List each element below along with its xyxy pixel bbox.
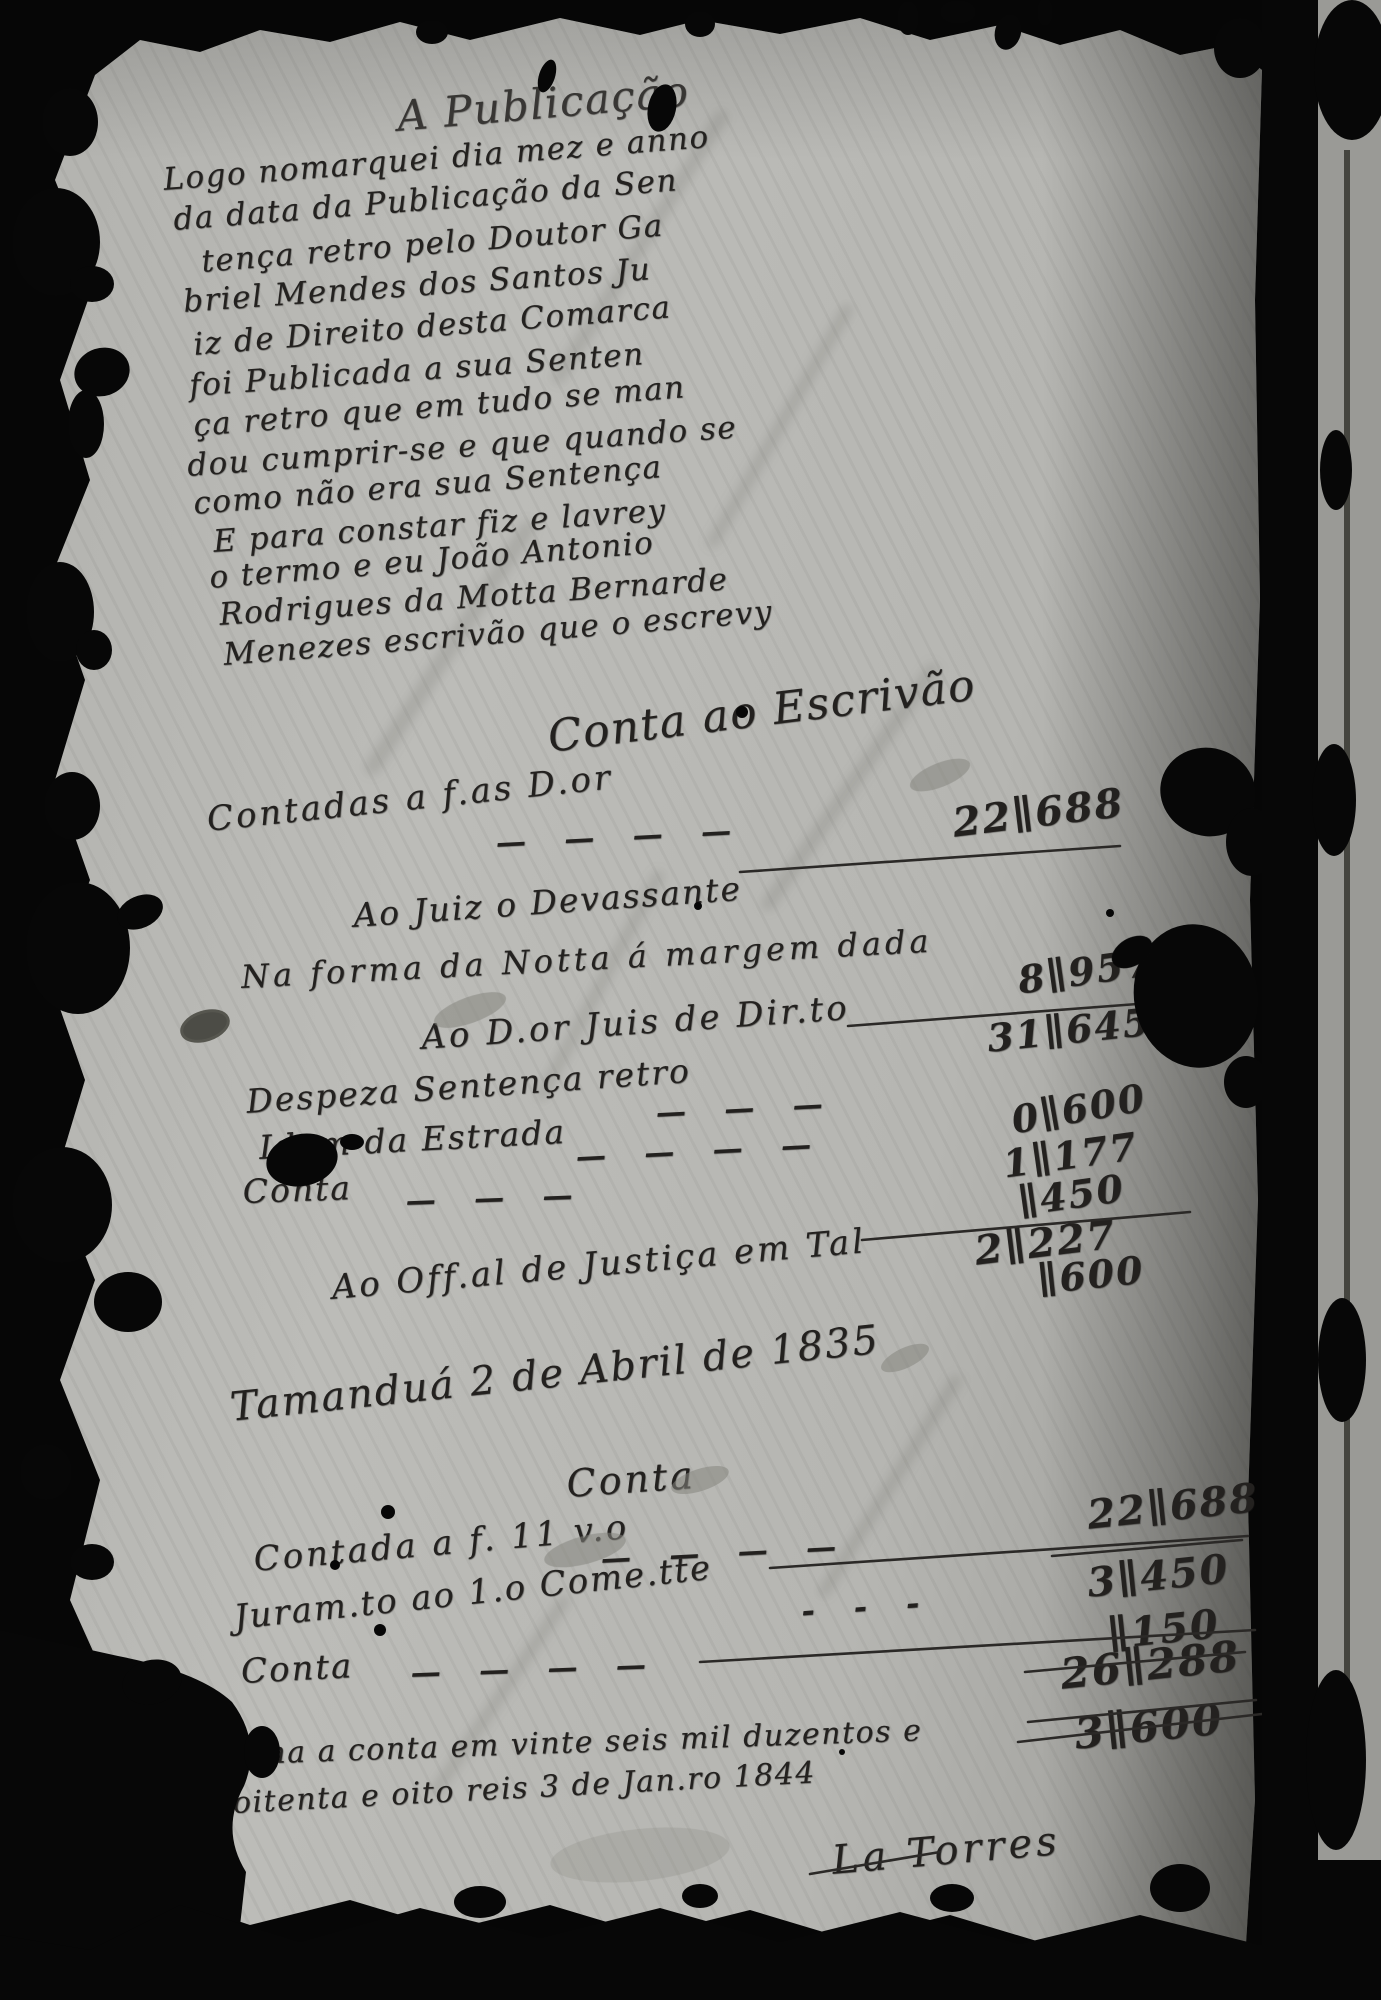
- manuscript-scan: A Publicação Logo nomarquei dia mez e an…: [0, 0, 1381, 2000]
- account2-title: Conta: [565, 1453, 697, 1506]
- ink-showthrough: [428, 1593, 572, 1799]
- account-row-label: Conta: [242, 1168, 353, 1211]
- binding-gutter: [1262, 0, 1381, 2000]
- account-row-label: Conta: [240, 1646, 354, 1692]
- leader-dashes: — — —: [405, 1178, 587, 1219]
- ink-showthrough: [816, 1373, 964, 1600]
